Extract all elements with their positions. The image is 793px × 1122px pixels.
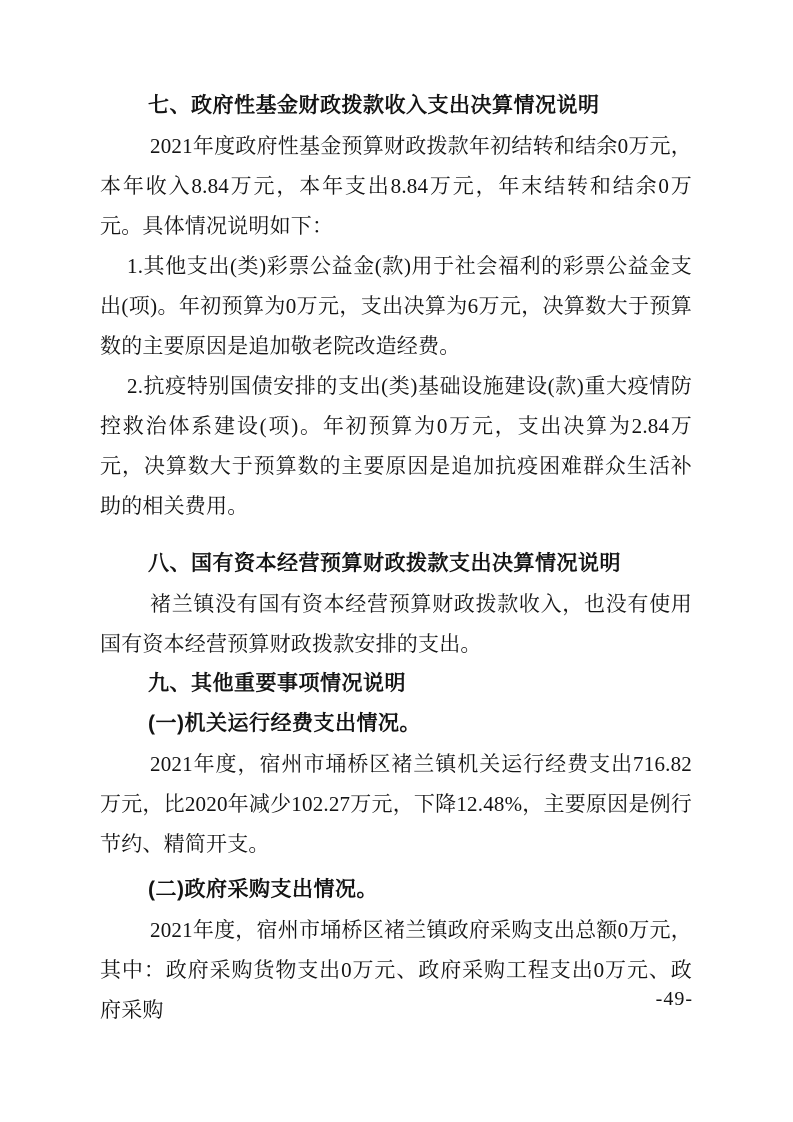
page-number: -49- [656,988,693,1011]
para-gov-fund-overview: 2021年度政府性基金预算财政拨款年初结转和结余0万元，本年收入8.84万元，本… [100,126,692,246]
subheading-operating-expense: (一)机关运行经费支出情况。 [100,704,692,744]
para-item-lottery-welfare: 1.其他支出(类)彩票公益金(款)用于社会福利的彩票公益金支出(项)。年初预算为… [100,246,692,366]
document-page: 七、政府性基金财政拨款收入支出决算情况说明 2021年度政府性基金预算财政拨款年… [0,0,793,1122]
subheading-gov-procurement: (二)政府采购支出情况。 [100,870,692,910]
section-heading-gov-fund: 七、政府性基金财政拨款收入支出决算情况说明 [100,86,692,126]
section-heading-other-matters: 九、其他重要事项情况说明 [100,664,692,704]
para-gov-procurement: 2021年度，宿州市埇桥区褚兰镇政府采购支出总额0万元，其中：政府采购货物支出0… [100,910,692,1030]
para-operating-expense: 2021年度，宿州市埇桥区褚兰镇机关运行经费支出716.82万元，比2020年减… [100,744,692,864]
section-heading-state-capital: 八、国有资本经营预算财政拨款支出决算情况说明 [100,544,692,584]
document-body: 七、政府性基金财政拨款收入支出决算情况说明 2021年度政府性基金预算财政拨款年… [100,86,692,1030]
para-state-capital: 褚兰镇没有国有资本经营预算财政拨款收入，也没有使用国有资本经营预算财政拨款安排的… [100,584,692,664]
para-item-antiepidemic-bond: 2.抗疫特别国债安排的支出(类)基础设施建设(款)重大疫情防控救治体系建设(项)… [100,366,692,526]
